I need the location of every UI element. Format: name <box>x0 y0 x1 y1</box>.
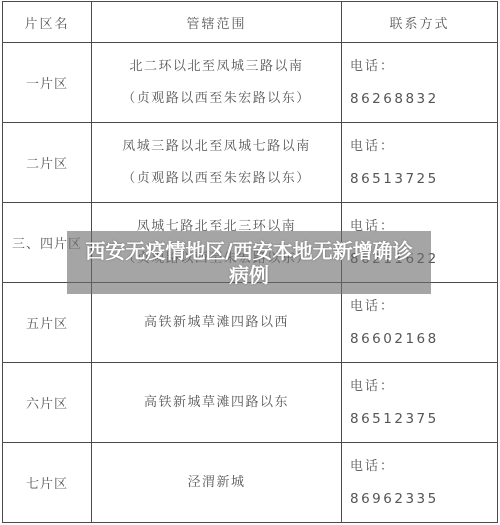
jurisdiction-cell: 北二环以北至凤城三路以南 （贞观路以西至朱宏路以东） <box>92 43 342 123</box>
jurisdiction-line-1: 高铁新城草滩四路以西 <box>92 307 341 339</box>
contact-cell: 电话： 86513725 <box>342 123 498 203</box>
jurisdiction-line-1: 北二环以北至凤城三路以南 <box>92 51 341 83</box>
phone-label: 电话： <box>350 371 497 403</box>
phone-number: 86962335 <box>350 483 497 515</box>
contact-cell: 电话： 86512375 <box>342 363 498 443</box>
jurisdiction-line-2: （贞观路以西至朱宏路以东） <box>92 83 341 115</box>
contact-cell: 电话： 86268832 <box>342 43 498 123</box>
jurisdiction-line-2: （贞观路以西至朱宏路以东） <box>92 163 341 195</box>
district-name: 一片区 <box>3 43 92 123</box>
jurisdiction-line-1: 高铁新城草滩四路以东 <box>92 387 341 419</box>
headline-title: 西安无疫情地区/西安本地无新增确诊病例 <box>79 239 419 287</box>
table-row: 二片区 凤城三路以北至凤城七路以南 （贞观路以西至朱宏路以东） 电话： 8651… <box>3 123 498 203</box>
table-row: 五片区 高铁新城草滩四路以西 电话： 86602168 <box>3 283 498 363</box>
contact-cell: 电话： 86602168 <box>342 283 498 363</box>
jurisdiction-cell: 高铁新城草滩四路以东 <box>92 363 342 443</box>
jurisdiction-line-1: 凤城三路以北至凤城七路以南 <box>92 131 341 163</box>
table-row: 一片区 北二环以北至凤城三路以南 （贞观路以西至朱宏路以东） 电话： 86268… <box>3 43 498 123</box>
table-row: 七片区 泾渭新城 电话： 86962335 <box>3 443 498 523</box>
phone-number: 86602168 <box>350 323 497 355</box>
phone-number: 86268832 <box>350 83 497 115</box>
district-name: 五片区 <box>3 283 92 363</box>
district-name: 六片区 <box>3 363 92 443</box>
jurisdiction-line-1: 泾渭新城 <box>92 467 341 499</box>
header-district-name: 片区名 <box>3 2 92 43</box>
jurisdiction-cell: 高铁新城草滩四路以西 <box>92 283 342 363</box>
district-name: 七片区 <box>3 443 92 523</box>
phone-label: 电话： <box>350 291 497 323</box>
table-header-row: 片区名 管辖范围 联系方式 <box>3 2 498 43</box>
jurisdiction-cell: 泾渭新城 <box>92 443 342 523</box>
contact-cell: 电话： 86962335 <box>342 443 498 523</box>
phone-label: 电话： <box>350 131 497 163</box>
headline-overlay: 西安无疫情地区/西安本地无新增确诊病例 <box>67 231 431 294</box>
phone-number: 86512375 <box>350 403 497 435</box>
jurisdiction-cell: 凤城三路以北至凤城七路以南 （贞观路以西至朱宏路以东） <box>92 123 342 203</box>
district-name: 二片区 <box>3 123 92 203</box>
phone-label: 电话： <box>350 451 497 483</box>
phone-number: 86513725 <box>350 163 497 195</box>
phone-label: 电话： <box>350 51 497 83</box>
header-jurisdiction: 管辖范围 <box>92 2 342 43</box>
table-row: 六片区 高铁新城草滩四路以东 电话： 86512375 <box>3 363 498 443</box>
header-contact: 联系方式 <box>342 2 498 43</box>
